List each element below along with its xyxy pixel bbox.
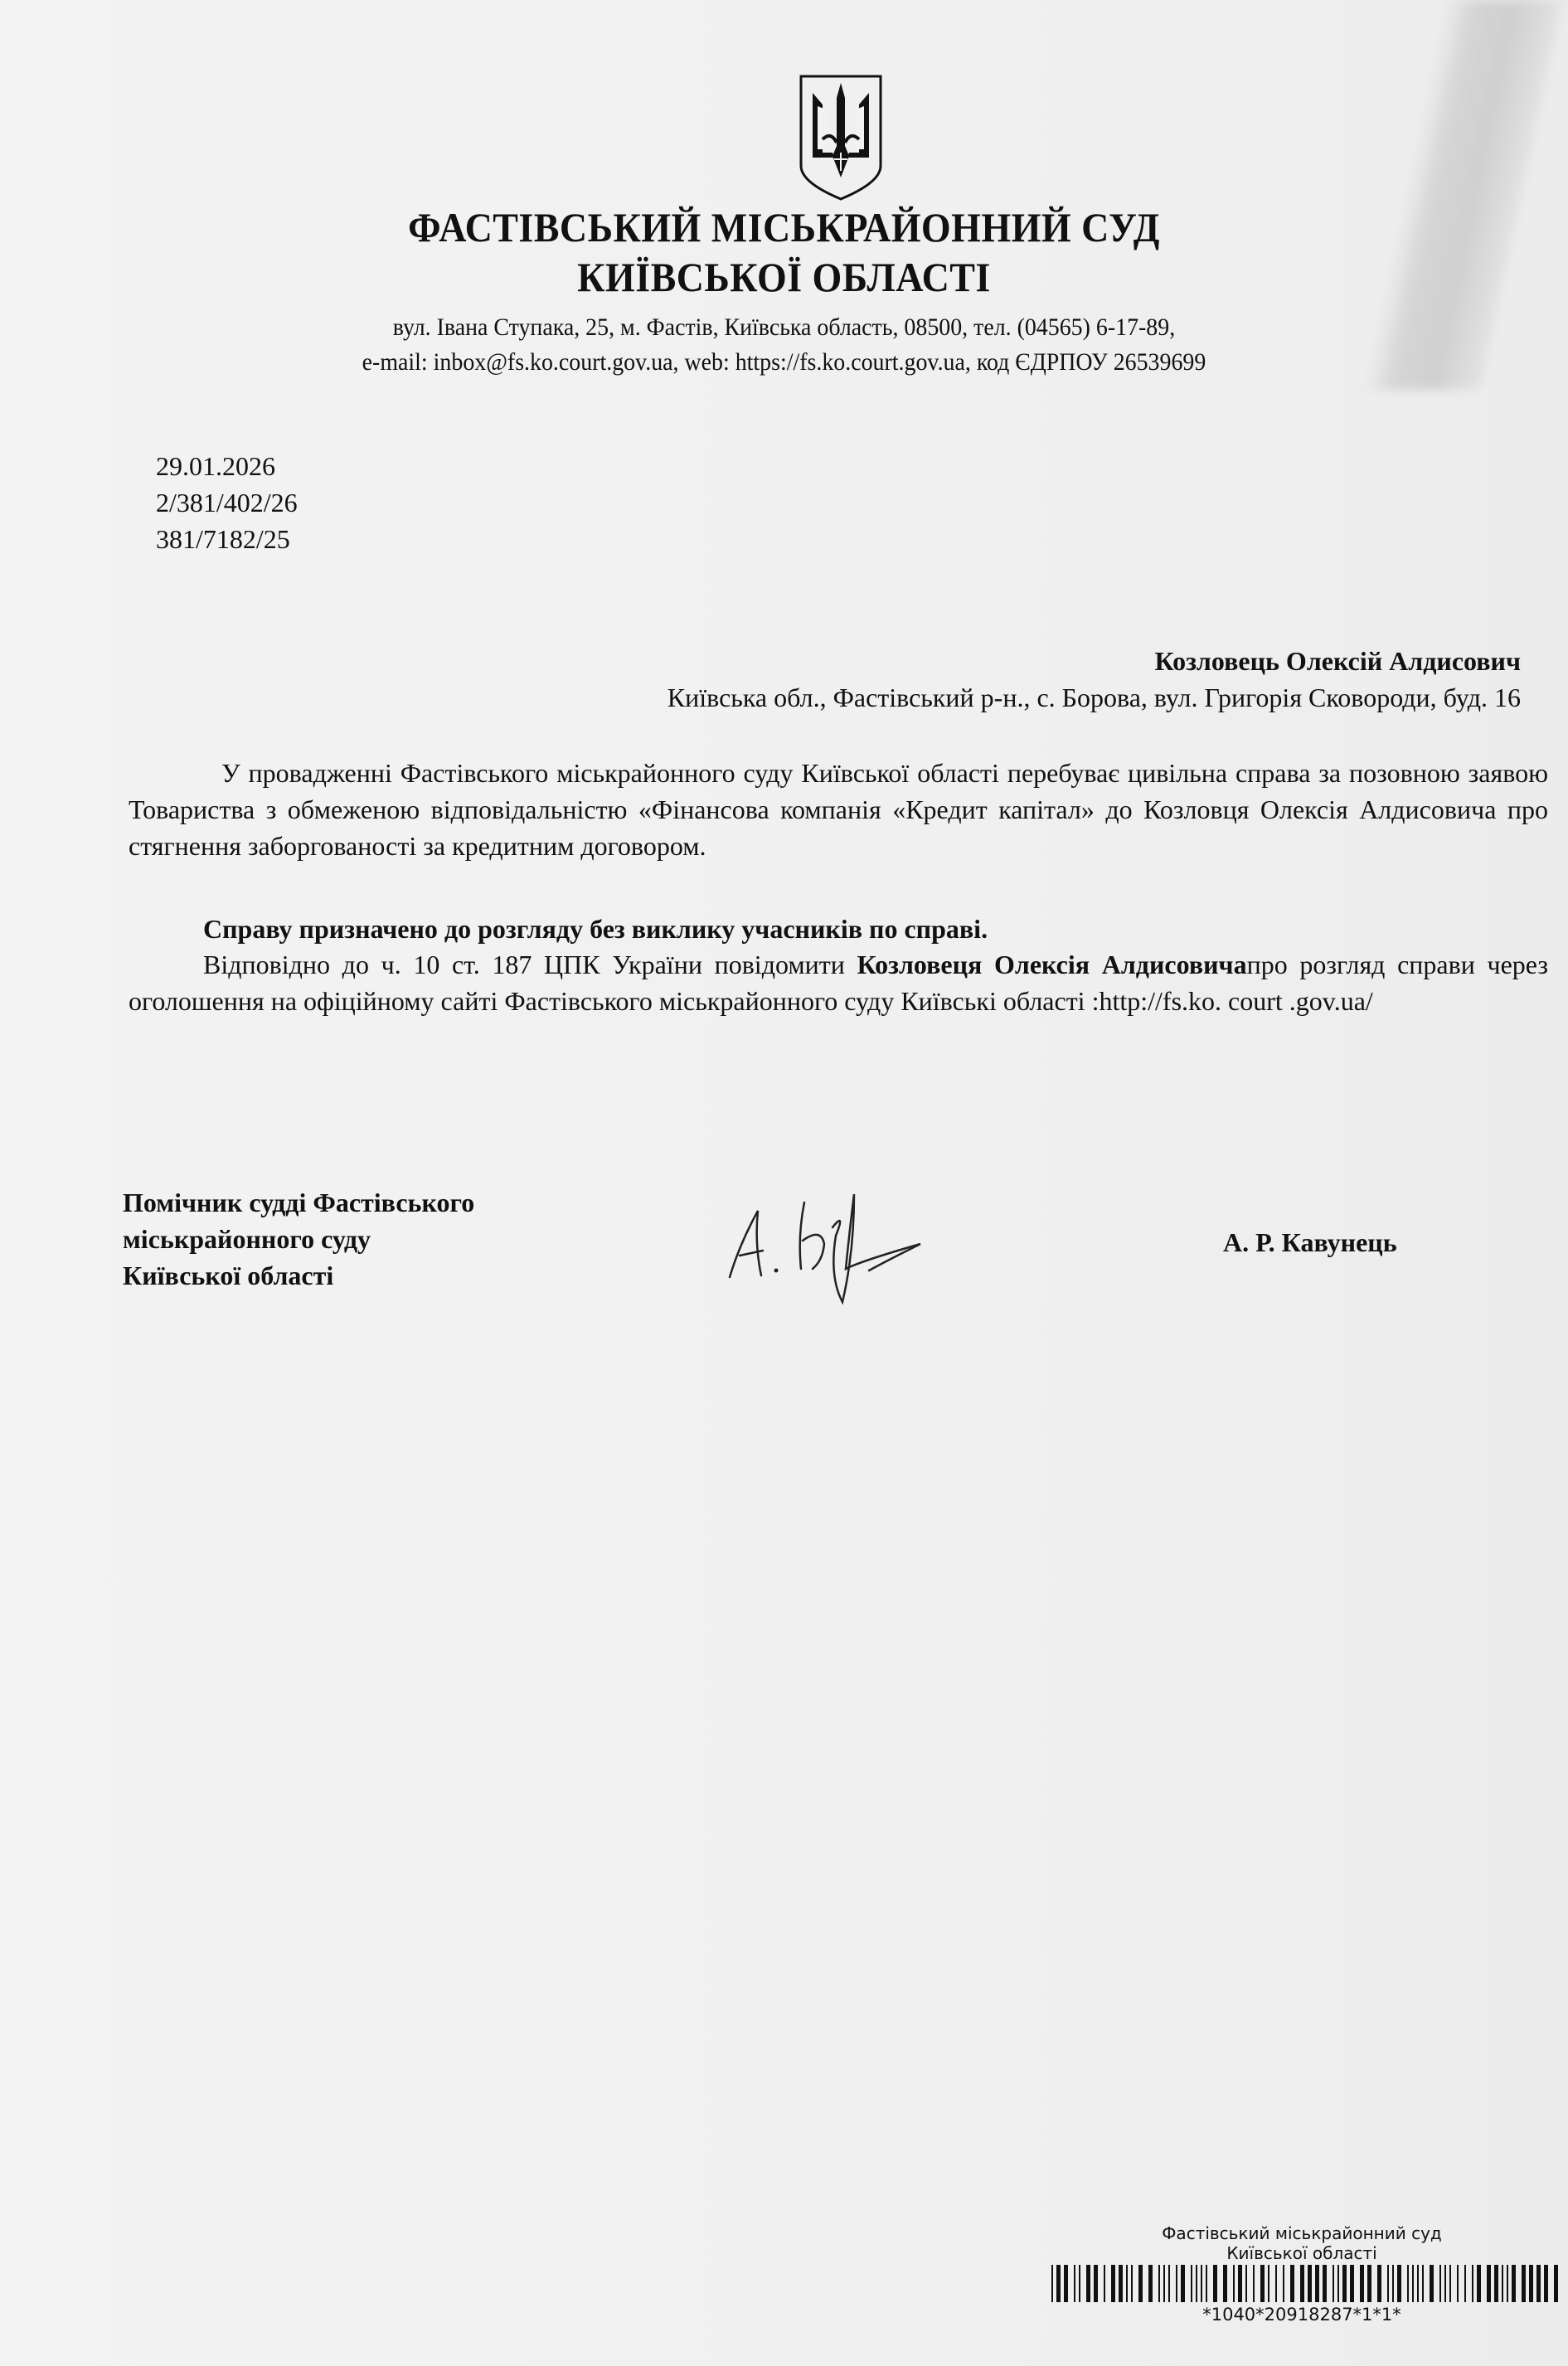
paragraph-3-start: Відповідно до ч. 10 ст. 187 ЦПК України … <box>203 950 857 979</box>
barcode-bar <box>1260 2265 1265 2302</box>
barcode-bar <box>1079 2265 1080 2302</box>
case-number: 381/7182/25 <box>156 521 298 557</box>
barcode-bar <box>1507 2265 1508 2302</box>
barcode-bar <box>1245 2265 1247 2302</box>
barcode-bar <box>1350 2265 1354 2302</box>
barcode-bar <box>1275 2265 1277 2302</box>
recipient-name: Козловець Олексій Алдисович <box>667 643 1521 679</box>
signer-name: А. Р. Кавунець <box>1223 1227 1397 1258</box>
barcode-bar <box>1104 2265 1105 2302</box>
barcode-bar <box>1119 2265 1123 2302</box>
body-paragraph-2: Справу призначено до розгляду без виклик… <box>129 911 1548 947</box>
barcode-bar <box>1502 2265 1503 2302</box>
barcode-bar <box>1233 2265 1235 2302</box>
barcode-bar <box>1412 2265 1414 2302</box>
barcode-bar <box>1323 2265 1327 2302</box>
barcode-bar <box>1223 2265 1227 2302</box>
document-meta: 29.01.2026 2/381/402/26 381/7182/25 <box>156 448 298 557</box>
barcode-bar <box>1064 2265 1068 2302</box>
barcode-bar <box>1472 2265 1473 2302</box>
barcode-bar <box>1196 2265 1197 2302</box>
recipient-address: Київська обл., Фастівський р-н., с. Боро… <box>667 679 1521 716</box>
barcode-bar <box>1333 2265 1334 2302</box>
barcode-label-region: Київської області <box>1111 2243 1493 2263</box>
court-title: ФАСТІВСЬКИЙ МІСЬКРАЙОННИЙ СУД <box>63 203 1506 251</box>
barcode-bar <box>1417 2265 1419 2302</box>
barcode-bar <box>1168 2265 1170 2302</box>
barcode-bar <box>1544 2265 1548 2302</box>
barcode-bar <box>1253 2265 1255 2302</box>
barcode-bar <box>1422 2265 1424 2302</box>
barcode-bar <box>1074 2265 1075 2302</box>
barcode-bar <box>1176 2265 1177 2302</box>
barcode-bar <box>1554 2265 1558 2302</box>
barcode-bar <box>1158 2265 1160 2302</box>
barcode-bar <box>1444 2265 1446 2302</box>
barcode-bar <box>1181 2265 1185 2302</box>
barcode-bar <box>1407 2265 1409 2302</box>
barcode-bar <box>1392 2265 1394 2302</box>
document-date: 29.01.2026 <box>156 448 298 484</box>
barcode-bar <box>1342 2265 1347 2302</box>
barcode-bar <box>1367 2265 1371 2302</box>
barcode-bar <box>1201 2265 1202 2302</box>
barcode-bar <box>1213 2265 1217 2302</box>
barcode-bar <box>1051 2265 1053 2302</box>
barcode-bar <box>1238 2265 1242 2302</box>
outgoing-number: 2/381/402/26 <box>156 484 298 521</box>
barcode-number: *1040*20918287*1*1* <box>1111 2305 1493 2325</box>
barcode-bar <box>1464 2265 1466 2302</box>
barcode-bar <box>1056 2265 1061 2302</box>
barcode-bar <box>1126 2265 1128 2302</box>
barcode-bar <box>1163 2265 1165 2302</box>
barcode-bar <box>1397 2265 1401 2302</box>
court-address: вул. Івана Ступака, 25, м. Фастів, Київс… <box>55 313 1513 342</box>
tryzub-coat-of-arms-icon <box>798 73 884 202</box>
barcode-bar <box>1283 2265 1284 2302</box>
recipient-block: Козловець Олексій Алдисович Київська обл… <box>667 643 1521 716</box>
barcode-bar <box>1439 2265 1441 2302</box>
position-line-1: Помічник судді Фастівського <box>123 1184 474 1221</box>
barcode-bar <box>1494 2265 1498 2302</box>
barcode-bar <box>1148 2265 1153 2302</box>
barcode-bar <box>1191 2265 1192 2302</box>
barcode-bar <box>1387 2265 1389 2302</box>
barcode-bar <box>1360 2265 1364 2302</box>
barcode-label-court: Фастівський міськрайонний суд <box>1111 2223 1493 2243</box>
barcode-bar <box>1268 2265 1269 2302</box>
barcode-bar <box>1300 2265 1304 2302</box>
paragraph-3-defendant: Козловеця Олексія Алдисовича <box>857 950 1247 979</box>
handwritten-signature-icon <box>721 1178 1020 1327</box>
barcode-bar <box>1308 2265 1312 2302</box>
body-paragraph-1: У провадженні Фастівського міськрайонног… <box>129 755 1548 864</box>
barcode-bar <box>1477 2265 1481 2302</box>
barcode-bar <box>1522 2265 1526 2302</box>
barcode-bar <box>1094 2265 1098 2302</box>
court-region-title: КИЇВСЬКОЇ ОБЛАСТІ <box>63 253 1506 301</box>
barcode-bar <box>1377 2265 1381 2302</box>
barcode-bar <box>1449 2265 1451 2302</box>
barcode-icon <box>1051 2265 1568 2302</box>
body-paragraph-3: Відповідно до ч. 10 ст. 187 ЦПК України … <box>129 946 1548 1019</box>
barcode-bar <box>1206 2265 1207 2302</box>
barcode-bar <box>1430 2265 1434 2302</box>
barcode-bar <box>1536 2265 1541 2302</box>
court-contacts: e-mail: inbox@fs.ko.court.gov.ua, web: h… <box>55 348 1513 377</box>
barcode-bar <box>1529 2265 1533 2302</box>
barcode-bar <box>1138 2265 1143 2302</box>
barcode-bar <box>1457 2265 1459 2302</box>
barcode-bar <box>1131 2265 1133 2302</box>
barcode-bar <box>1315 2265 1319 2302</box>
position-line-2: міськрайонного суду <box>123 1221 474 1257</box>
signatory-position: Помічник судді Фастівського міськрайонно… <box>123 1184 474 1294</box>
position-line-3: Київської області <box>123 1257 474 1294</box>
barcode-bar <box>1487 2265 1491 2302</box>
barcode-bar <box>1512 2265 1516 2302</box>
barcode-bar <box>1290 2265 1294 2302</box>
barcode-bar <box>1111 2265 1115 2302</box>
barcode-bar <box>1337 2265 1339 2302</box>
barcode-bar <box>1086 2265 1090 2302</box>
